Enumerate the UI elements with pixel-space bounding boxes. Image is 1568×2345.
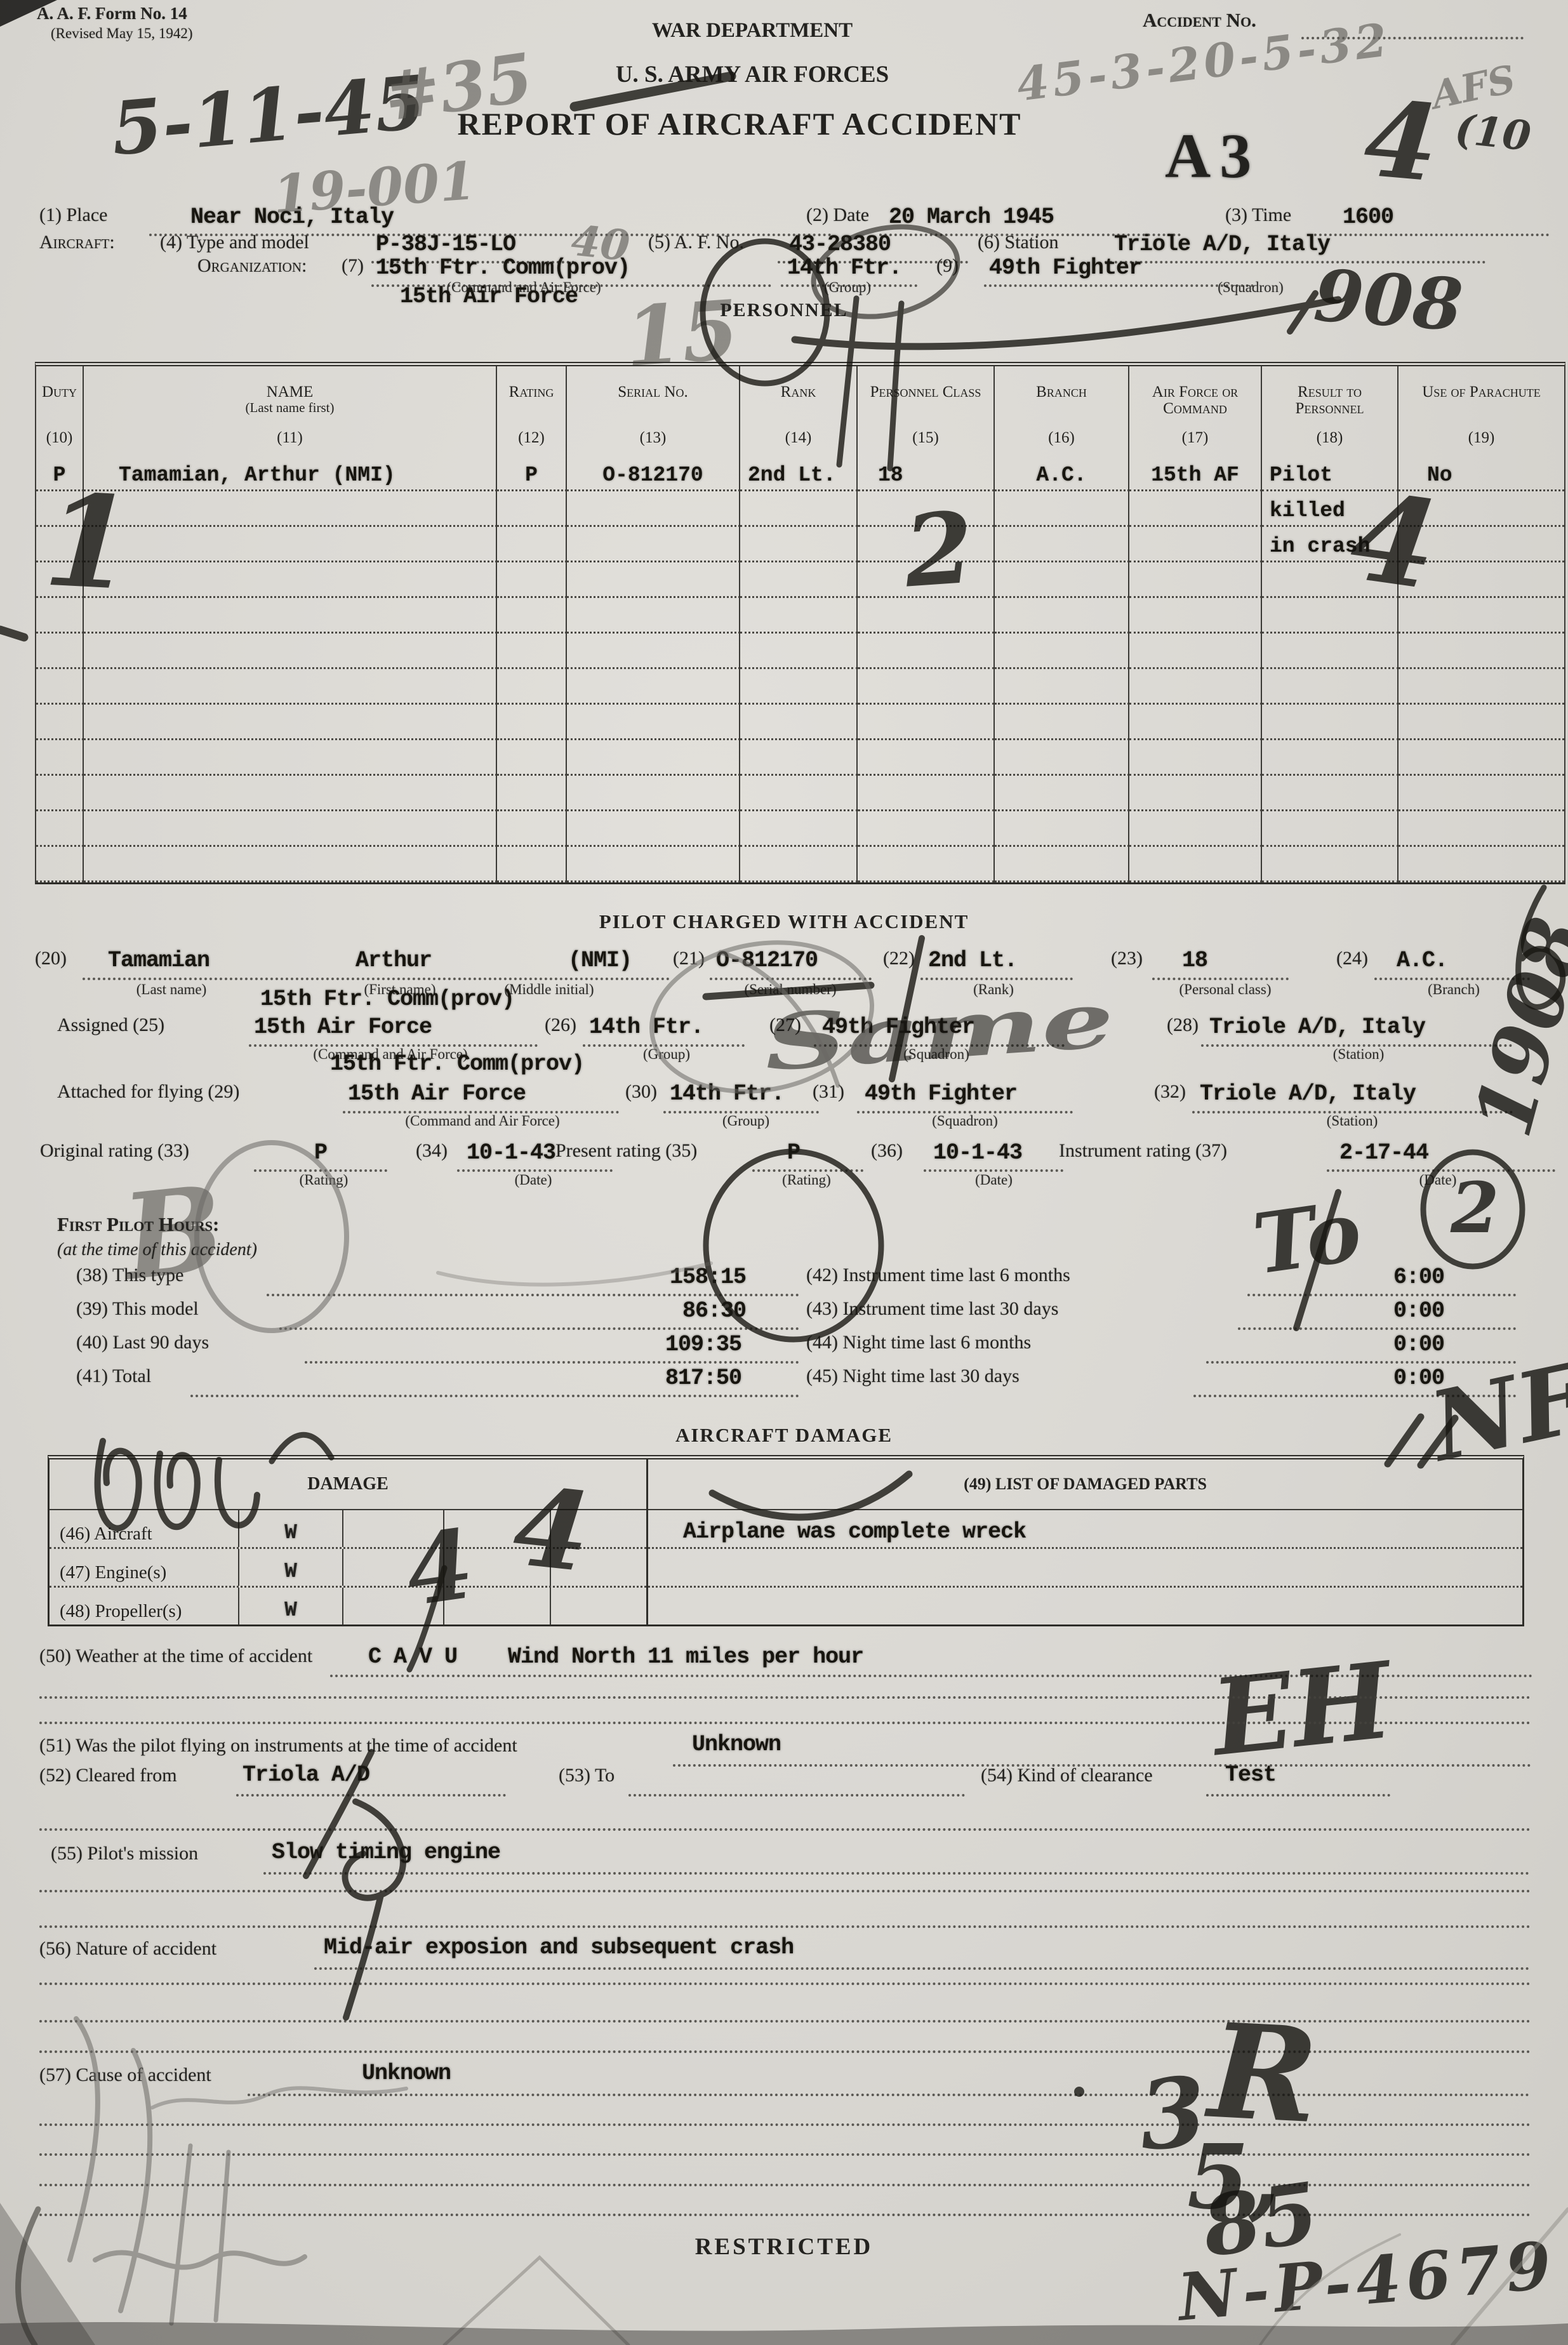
personnel-table-header: Duty(10) NAME(Last name first)(11) Ratin… [36,366,1564,456]
hw-damage-four-b: 4 [400,1516,479,1619]
hw-same-note: Same [762,982,1117,1082]
group-value: 14th Ftr. [787,255,901,281]
f28-num: (28) [1167,1014,1199,1036]
pilot-charged-title: PILOT CHARGED WITH ACCIDENT [0,910,1568,933]
cleared-from-label: (52) Cleared from [39,1765,177,1786]
hw-eh-note: EH [1207,1648,1396,1771]
organization-label: Organization: [197,255,307,277]
f36-num: (36) [871,1140,903,1162]
attached-label: Attached for flying (29) [57,1081,239,1103]
assigned-station: Triole A/D, Italy [1209,1014,1425,1040]
hw-duty-one: 1 [41,477,136,608]
a3-stamp: A3 [1165,119,1260,192]
af-no-label: (5) A. F. No. [648,232,744,253]
type-model-label: (4) Type and model [160,232,309,253]
col-personnel-class: Personnel Class [858,384,993,401]
f26-num: (26) [545,1014,576,1036]
night-30day-label: (45) Night time last 30 days [806,1365,1020,1387]
group-sublabel: (Group) [797,279,898,296]
f24-num: (24) [1336,948,1368,969]
hours-total-label: (41) Total [76,1365,151,1387]
assigned-command-2: 15th Ftr. Comm(prov) [330,1051,584,1077]
f22-num: (22) [883,948,915,969]
cleared-from-value: Triola A/D [243,1762,369,1788]
hw-r-note: R [1206,2007,1321,2142]
personnel-row-empty [36,634,1564,669]
damaged-parts-value: Airplane was complete wreck [648,1519,1026,1547]
f34-num: (34) [416,1140,448,1162]
clearance-label: (54) Kind of clearance [981,1765,1153,1786]
personnel-row-empty [36,776,1564,811]
col-parachute: Use of Parachute [1399,384,1564,401]
cause-label: (57) Cause of accident [39,2064,211,2086]
instr-6mo-value: 6:00 [1393,1265,1444,1290]
col-name: NAME [267,383,314,401]
assigned-command: 15th Air Force [254,1014,432,1040]
night-6mo-value: 0:00 [1393,1332,1444,1357]
original-rating-date: 10-1-43 [467,1140,555,1166]
instruments-value: Unknown [692,1732,781,1757]
nature-label: (56) Nature of accident [39,1938,216,1960]
af-no-value: 43-28380 [789,232,891,257]
aircraft-damage-title: AIRCRAFT DAMAGE [0,1424,1568,1447]
personnel-row-3: in crash [36,527,1564,562]
original-rating-value: P [314,1140,327,1166]
hw-sheet-note: #35 [380,44,536,131]
station-value: Triole A/D, Italy [1114,232,1330,257]
instr-30day-label: (43) Instrument time last 30 days [806,1298,1058,1320]
hw-paren-ten: (10 [1453,109,1532,157]
f30-num: (30) [625,1081,657,1103]
time-value: 1600 [1343,204,1393,230]
col-result: Result to Personnel [1262,384,1397,418]
col-air-force-command: Air Force or Command [1129,384,1261,418]
f7-num: (7) [342,255,364,277]
mission-value: Slow timing engine [272,1840,500,1865]
instrument-rating-date: 2-17-44 [1339,1140,1428,1166]
personnel-row-empty [36,669,1564,705]
pilot-rank: 2nd Lt. [928,948,1017,973]
hw-big-four: 4 [1360,86,1442,196]
instr-6mo-label: (42) Instrument time last 6 months [806,1265,1070,1286]
col-rank: Rank [740,384,856,401]
cleared-to-label: (53) To [559,1765,615,1786]
hours-total-value: 817:50 [665,1365,741,1391]
hours-90-days-label: (40) Last 90 days [76,1332,209,1353]
personnel-row-2: killed [36,491,1564,527]
col-rating: Rating [497,384,566,401]
cause-value: Unknown [362,2061,451,2086]
instr-30day-value: 0:00 [1393,1298,1444,1324]
squadron-value: 49th Fighter [989,255,1141,281]
pilot-hours-subtitle: (at the time of this accident) [57,1240,257,1260]
present-rating-label: Present rating (35) [555,1140,697,1162]
hours-this-type-value: 158:15 [670,1265,746,1290]
personnel-row-empty [36,740,1564,776]
damaged-parts-box: (49) LIST OF DAMAGED PARTS Airplane was … [648,1459,1522,1624]
aircraft-label: Aircraft: [39,232,115,253]
instrument-rating-label: Instrument rating (37) [1059,1140,1227,1162]
col-branch: Branch [995,384,1128,401]
personnel-title: PERSONNEL [0,300,1568,321]
hw-damage-four-a: 4 [508,1472,594,1587]
damage-table: DAMAGE (46) Aircraft W (47) Engine(s) W … [48,1455,1524,1626]
pilot-last-name: Tamamian [108,948,209,973]
instruments-label: (51) Was the pilot flying on instruments… [39,1735,517,1757]
hw-1908: 1908 [1463,910,1568,1144]
f20-overtype: 15th Ftr. Comm(prov) [260,986,514,1012]
col-serial: Serial No. [567,384,739,401]
present-rating-value: P [787,1140,800,1166]
attached-command: 15th Air Force [348,1081,526,1106]
date-label: (2) Date [806,204,869,226]
pilot-middle-initial: (NMI) [568,948,632,973]
f21-num: (21) [673,948,705,969]
hours-this-model-value: 86:30 [682,1298,746,1324]
hours-this-model-label: (39) This model [76,1298,199,1320]
f32-num: (32) [1154,1081,1186,1103]
assigned-group: 14th Ftr. [589,1014,703,1040]
command-value: 15th Ftr. Comm(prov) [376,255,630,281]
personnel-row-1: P Tamamian, Arthur (NMI) P O-812170 2nd … [36,456,1564,491]
hw-to-note: To [1249,1190,1366,1286]
personnel-row-empty [36,811,1564,847]
time-label: (3) Time [1225,204,1291,226]
damaged-parts-title: (49) LIST OF DAMAGED PARTS [648,1459,1522,1510]
f23-num: (23) [1111,948,1143,969]
place-label: (1) Place [39,204,107,226]
accident-report-page: A. A. F. Form No. 14 (Revised May 15, 19… [0,0,1568,2345]
pilot-class: 18 [1182,948,1207,973]
personnel-row-empty [36,598,1564,634]
hw-class-two: 2 [901,498,976,601]
personnel-row-empty [36,562,1564,598]
squadron-sublabel: (Squadron) [1197,279,1305,296]
weather-value: C A V U Wind North 11 miles per hour [368,1644,863,1670]
hours-this-type-label: (38) This type [76,1265,183,1286]
pilot-branch: A.C. [1397,948,1447,973]
type-model-value: P-38J-15-LO [376,232,515,257]
weather-label: (50) Weather at the time of accident [39,1645,312,1667]
pilot-serial: O-812170 [716,948,818,973]
f20-num: (20) [35,948,67,969]
personnel-row-empty [36,705,1564,740]
pilot-hours-title: First Pilot Hours: [57,1213,219,1236]
mission-label: (55) Pilot's mission [51,1843,198,1864]
nature-value: Mid-air exposion and subsequent crash [324,1935,794,1960]
f9-num: (9) [936,255,959,277]
date-value: 20 March 1945 [889,204,1054,230]
place-value: Near Noci, Italy [190,204,394,230]
assigned-label: Assigned (25) [57,1014,164,1036]
clearance-value: Test [1225,1762,1276,1788]
present-rating-date: 10-1-43 [933,1140,1022,1166]
hours-90-days-value: 109:35 [665,1332,741,1357]
col-duty: Duty [36,384,83,401]
attached-station: Triole A/D, Italy [1200,1081,1416,1106]
personnel-row-empty [36,847,1564,882]
pilot-first-name: Arthur [355,948,432,973]
attached-squadron: 49th Fighter [865,1081,1017,1106]
hw-circled-two: 2 [1451,1173,1499,1243]
station-label: (6) Station [978,232,1059,253]
personnel-table: Duty(10) NAME(Last name first)(11) Ratin… [35,362,1565,884]
original-rating-label: Original rating (33) [40,1140,189,1162]
hw-result-four: 4 [1344,476,1444,608]
night-6mo-label: (44) Night time last 6 months [806,1332,1031,1353]
